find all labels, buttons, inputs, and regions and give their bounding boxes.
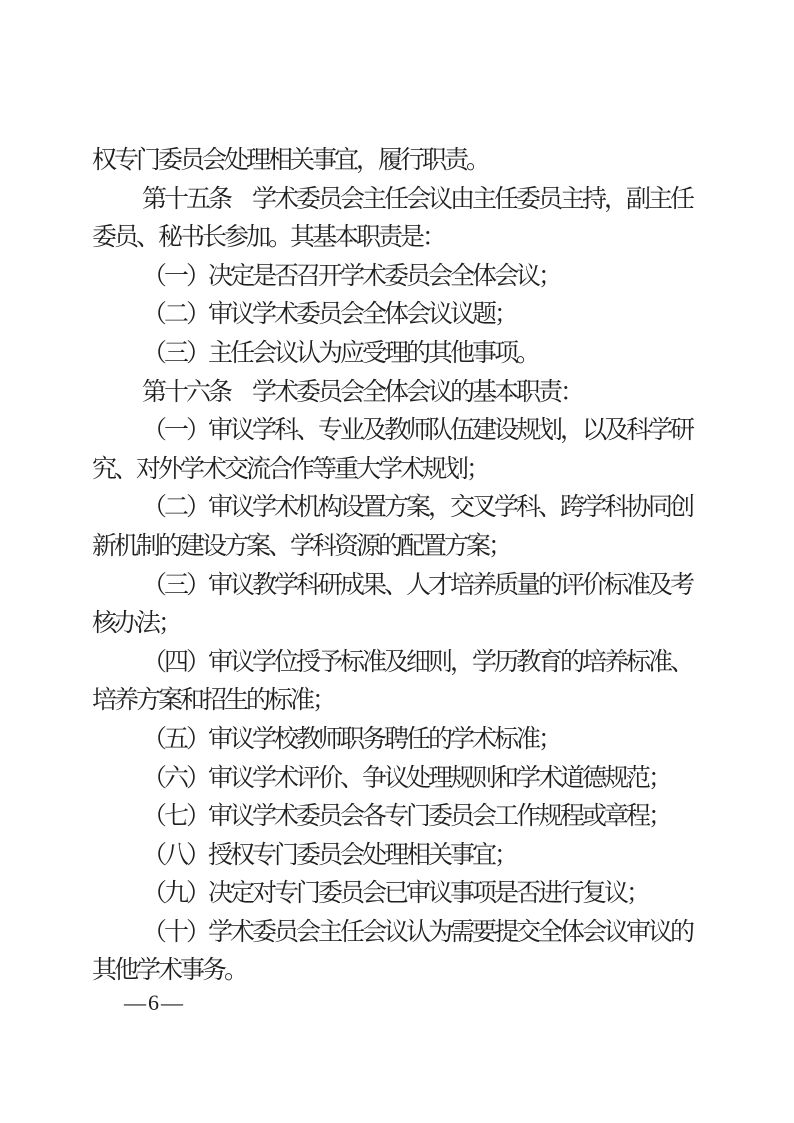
text-line: （一）审议学科、专业及教师队伍建设规划，以及科学研 — [92, 412, 732, 451]
text-line: 新机制的建设方案、学科资源的配置方案； — [92, 528, 732, 567]
text-line: （四）审议学位授予标准及细则，学历教育的培养标准、 — [92, 644, 732, 683]
text-line: 第十五条 学术委员会主任会议由主任委员主持，副主任 — [92, 181, 732, 220]
text-line: （八）授权专门委员会处理相关事宜； — [92, 837, 732, 876]
text-line: （七）审议学术委员会各专门委员会工作规程或章程； — [92, 798, 732, 837]
text-line: 其他学术事务。 — [92, 952, 732, 991]
text-line: 究、对外学术交流合作等重大学术规划； — [92, 451, 732, 490]
text-line: （三）审议教学科研成果、人才培养质量的评价标准及考 — [92, 567, 732, 606]
text-line: 权专门委员会处理相关事宜，履行职责。 — [92, 142, 732, 181]
page-number: —6— — [124, 991, 185, 1015]
text-line: （三）主任会议认为应受理的其他事项。 — [92, 335, 732, 374]
text-line: 培养方案和招生的标准； — [92, 682, 732, 721]
text-line: 委员、秘书长参加。其基本职责是： — [92, 219, 732, 258]
text-line: （六）审议学术评价、争议处理规则和学术道德规范； — [92, 760, 732, 799]
text-line: （二）审议学术委员会全体会议议题； — [92, 296, 732, 335]
document-body: 权专门委员会处理相关事宜，履行职责。第十五条 学术委员会主任会议由主任委员主持，… — [92, 142, 732, 991]
document-page: 权专门委员会处理相关事宜，履行职责。第十五条 学术委员会主任会议由主任委员主持，… — [0, 0, 794, 1123]
text-line: 第十六条 学术委员会全体会议的基本职责： — [92, 374, 732, 413]
text-line: （五）审议学校教师职务聘任的学术标准； — [92, 721, 732, 760]
text-line: （一）决定是否召开学术委员会全体会议； — [92, 258, 732, 297]
text-line: （二）审议学术机构设置方案，交叉学科、跨学科协同创 — [92, 489, 732, 528]
text-line: （九）决定对专门委员会已审议事项是否进行复议； — [92, 875, 732, 914]
text-line: （十）学术委员会主任会议认为需要提交全体会议审议的 — [92, 914, 732, 953]
text-line: 核办法； — [92, 605, 732, 644]
